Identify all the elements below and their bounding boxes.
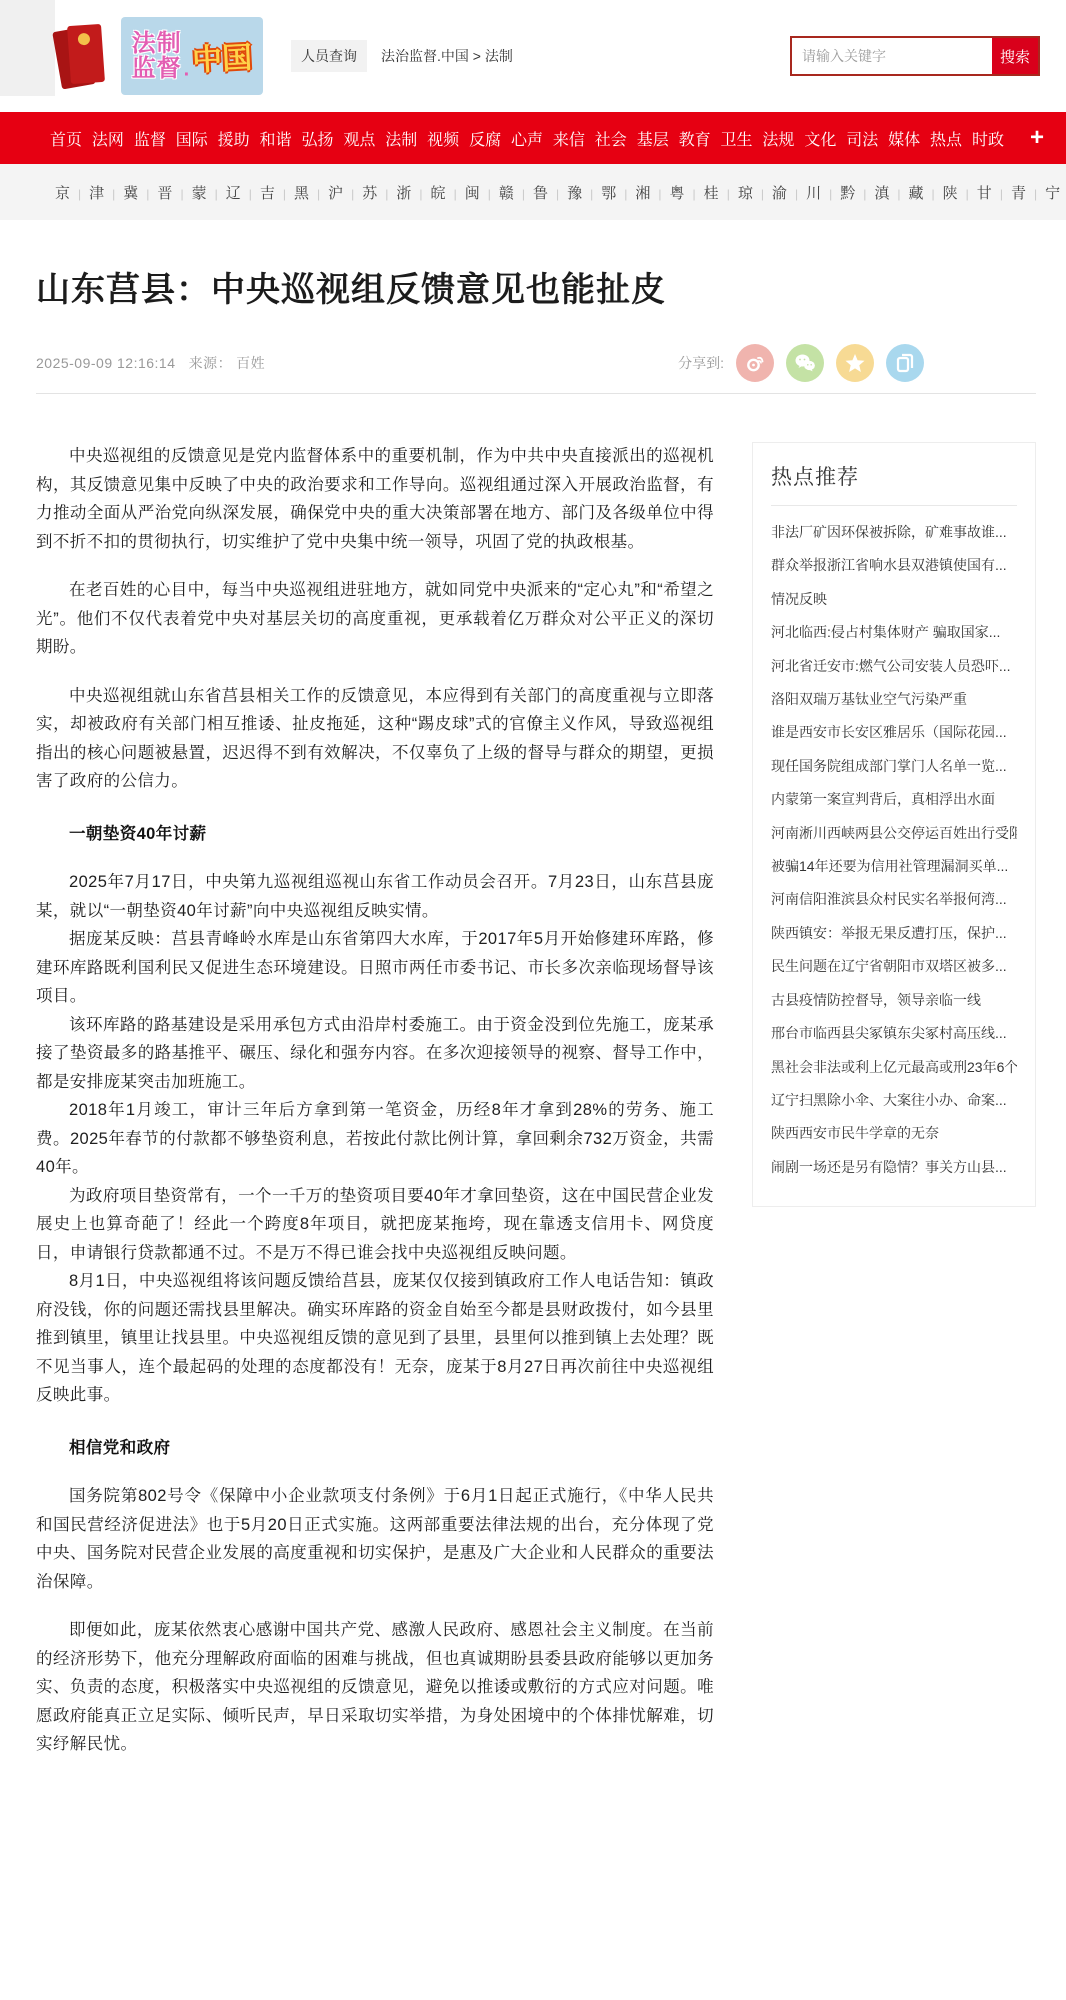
sidebar-link[interactable]: 现任国务院组成部门掌门人名单一览... <box>771 750 1017 783</box>
region-link[interactable]: 黔 <box>840 182 874 203</box>
breadcrumb[interactable]: 法治监督.中国 > 法制 <box>381 46 513 66</box>
region-link[interactable]: 蒙 <box>192 182 226 203</box>
nav-item[interactable]: 媒体 <box>888 127 920 150</box>
region-link[interactable]: 辽 <box>226 182 260 203</box>
qzone-icon[interactable] <box>836 344 874 382</box>
search-bar: 搜索 <box>790 36 1040 76</box>
region-link[interactable]: 晋 <box>157 182 191 203</box>
region-link[interactable]: 皖 <box>431 182 465 203</box>
region-link[interactable]: 渝 <box>772 182 806 203</box>
region-link[interactable]: 湘 <box>635 182 669 203</box>
share-row: 分享到: <box>678 344 924 382</box>
hot-recommend-panel: 热点推荐 非法厂矿因环保被拆除，矿难事故谁...群众举报浙江省响水县双港镇使国有… <box>752 442 1036 1207</box>
sidebar-link[interactable]: 陕西西安市民牛学章的无奈 <box>771 1117 1017 1150</box>
site-logo[interactable]: 法制 监督 · 中国 <box>55 17 263 95</box>
nav-item[interactable]: 教育 <box>679 127 711 150</box>
region-link[interactable]: 鄂 <box>601 182 635 203</box>
logo-dot: · <box>184 64 191 87</box>
region-link[interactable]: 川 <box>806 182 840 203</box>
article-paragraph: 2018年1月竣工，审计三年后方拿到第一笔资金，历经8年才拿到28%的劳务、施工… <box>36 1096 714 1182</box>
region-link[interactable]: 冀 <box>123 182 157 203</box>
weibo-icon[interactable] <box>736 344 774 382</box>
article-paragraph: 8月1日，中央巡视组将该问题反馈给莒县，庞某仅仅接到镇政府工作人电话告知：镇政府… <box>36 1267 714 1410</box>
divider <box>36 393 1036 394</box>
region-link[interactable]: 琼 <box>738 182 772 203</box>
logo-text-line2: 监督 <box>132 56 182 81</box>
sidebar-link[interactable]: 陕西镇安：举报无果反遭打压，保护... <box>771 917 1017 950</box>
nav-item[interactable]: 社会 <box>595 127 627 150</box>
region-link[interactable]: 津 <box>89 182 123 203</box>
region-bar: 京津冀晋蒙辽吉黑沪苏浙皖闽赣鲁豫鄂湘粤桂琼渝川黔滇藏陕甘青宁新鹏雄安 <box>0 164 1066 220</box>
logo-books-image <box>55 19 117 93</box>
source-value: 百姓 <box>236 355 265 371</box>
region-link[interactable]: 甘 <box>977 182 1011 203</box>
sidebar-title: 热点推荐 <box>771 461 1017 506</box>
region-link[interactable]: 吉 <box>260 182 294 203</box>
logo-panel: 法制 监督 · 中国 <box>121 17 263 95</box>
article-paragraph: 为政府项目垫资常有，一个一千万的垫资项目要40年才拿回垫资，这在中国民营企业发展… <box>36 1182 714 1268</box>
sidebar-link[interactable]: 辽宁扫黑除小伞、大案往小办、命案... <box>771 1084 1017 1117</box>
wechat-icon[interactable] <box>786 344 824 382</box>
sidebar-link[interactable]: 古县疫情防控督导，领导亲临一线 <box>771 984 1017 1017</box>
region-link[interactable]: 沪 <box>328 182 362 203</box>
sidebar-link[interactable]: 河北临西:侵占村集体财产 骗取国家... <box>771 616 1017 649</box>
nav-item[interactable]: 来信 <box>553 127 585 150</box>
region-link[interactable]: 滇 <box>874 182 908 203</box>
sidebar-link[interactable]: 河北省迁安市:燃气公司安装人员恐吓... <box>771 650 1017 683</box>
logo-country-text: 中国 <box>191 32 253 79</box>
nav-item[interactable]: 和谐 <box>260 127 292 150</box>
article-body: 中央巡视组的反馈意见是党内监督体系中的重要机制，作为中共中央直接派出的巡视机构，… <box>36 442 714 1779</box>
sidebar-link[interactable]: 非法厂矿因环保被拆除，矿难事故谁... <box>771 516 1017 549</box>
people-search-link[interactable]: 人员查询 <box>291 40 367 72</box>
nav-item[interactable]: 基层 <box>637 127 669 150</box>
article-paragraph: 该环库路的路基建设是采用承包方式由沿岸村委施工。由于资金没到位先施工，庞某承接了… <box>36 1011 714 1097</box>
page-title: 山东莒县：中央巡视组反馈意见也能扯皮 <box>36 262 1036 311</box>
nav-item[interactable]: 监督 <box>134 127 166 150</box>
nav-item[interactable]: 法规 <box>762 127 794 150</box>
region-link[interactable]: 宁 <box>1045 182 1066 203</box>
share-label: 分享到: <box>678 353 724 373</box>
sidebar-link[interactable]: 洛阳双瑞万基钛业空气污染严重 <box>771 683 1017 716</box>
article-paragraph: 即便如此，庞某依然衷心感谢中国共产党、感激人民政府、感恩社会主义制度。在当前的经… <box>36 1616 714 1759</box>
nav-item[interactable]: 文化 <box>804 127 836 150</box>
nav-item[interactable]: 法制 <box>385 127 417 150</box>
article-paragraph: 中央巡视组就山东省莒县相关工作的反馈意见，本应得到有关部门的高度重视与立即落实，… <box>36 682 714 796</box>
nav-item[interactable]: 国际 <box>176 127 208 150</box>
nav-item[interactable]: 心声 <box>511 127 543 150</box>
region-link[interactable]: 藏 <box>909 182 943 203</box>
sidebar-link[interactable]: 邢台市临西县尖冢镇东尖冢村高压线... <box>771 1017 1017 1050</box>
region-link[interactable]: 青 <box>1011 182 1045 203</box>
region-link[interactable]: 鲁 <box>533 182 567 203</box>
article-paragraph: 中央巡视组的反馈意见是党内监督体系中的重要机制，作为中共中央直接派出的巡视机构，… <box>36 442 714 556</box>
region-link[interactable]: 粤 <box>670 182 704 203</box>
region-link[interactable]: 黑 <box>294 182 328 203</box>
region-link[interactable]: 闽 <box>465 182 499 203</box>
copy-icon[interactable] <box>886 344 924 382</box>
sidebar-link[interactable]: 黑社会非法或利上亿元最高或刑23年6个月 <box>771 1051 1017 1084</box>
article-meta: 2025-09-09 12:16:14 来源：百姓 <box>36 353 265 373</box>
nav-item[interactable]: 援助 <box>218 127 250 150</box>
article-paragraph: 国务院第802号令《保障中小企业款项支付条例》于6月1日起正式施行，《中华人民共… <box>36 1482 714 1596</box>
region-link[interactable]: 陕 <box>943 182 977 203</box>
sidebar-link[interactable]: 河南淅川西峡两县公交停运百姓出行受阻 <box>771 817 1017 850</box>
region-link[interactable]: 苏 <box>362 182 396 203</box>
region-link[interactable]: 京 <box>55 182 89 203</box>
article-paragraph: 2025年7月17日，中央第九巡视组巡视山东省工作动员会召开。7月23日，山东莒… <box>36 868 714 925</box>
sidebar-link[interactable]: 谁是西安市长安区雅居乐（国际花园... <box>771 716 1017 749</box>
nav-item[interactable]: 视频 <box>427 127 459 150</box>
nav-item[interactable]: 反腐 <box>469 127 501 150</box>
nav-item[interactable]: 首页 <box>50 127 82 150</box>
site-header: 法制 监督 · 中国 人员查询 法治监督.中国 > 法制 搜索 <box>0 0 1066 112</box>
region-link[interactable]: 豫 <box>567 182 601 203</box>
sidebar-link[interactable]: 内蒙第一案宣判背后，真相浮出水面 <box>771 783 1017 816</box>
search-input[interactable] <box>792 38 992 74</box>
nav-more-button[interactable]: + <box>1030 126 1044 150</box>
region-link[interactable]: 浙 <box>396 182 430 203</box>
main-nav: 首页法网监督国际援助和谐弘扬观点法制视频反腐心声来信社会基层教育卫生法规文化司法… <box>0 112 1066 164</box>
sidebar-link[interactable]: 被骗14年还要为信用社管理漏洞买单... <box>771 850 1017 883</box>
nav-item[interactable]: 时政 <box>972 127 1004 150</box>
nav-item[interactable]: 观点 <box>343 127 375 150</box>
sidebar-link[interactable]: 河南信阳淮滨县众村民实名举报何湾... <box>771 883 1017 916</box>
region-link[interactable]: 桂 <box>704 182 738 203</box>
sidebar-link[interactable]: 情况反映 <box>771 583 1017 616</box>
search-button[interactable]: 搜索 <box>992 38 1038 74</box>
nav-item[interactable]: 司法 <box>846 127 878 150</box>
logo-text-line1: 法制 <box>132 31 182 56</box>
article-paragraph: 一朝垫资40年讨薪 <box>36 820 714 849</box>
nav-item[interactable]: 热点 <box>930 127 962 150</box>
nav-item[interactable]: 卫生 <box>721 127 753 150</box>
region-link[interactable]: 赣 <box>499 182 533 203</box>
source-label: 来源： <box>189 355 233 371</box>
sidebar-link[interactable]: 闹剧一场还是另有隐情？事关方山县... <box>771 1151 1017 1184</box>
nav-item[interactable]: 法网 <box>92 127 124 150</box>
sidebar-link[interactable]: 民生问题在辽宁省朝阳市双塔区被多... <box>771 950 1017 983</box>
article-paragraph: 相信党和政府 <box>36 1434 714 1463</box>
article-paragraph: 在老百姓的心目中，每当中央巡视组进驻地方，就如同党中央派来的“定心丸”和“希望之… <box>36 576 714 662</box>
nav-item[interactable]: 弘扬 <box>301 127 333 150</box>
article-date: 2025-09-09 12:16:14 <box>36 355 176 371</box>
sidebar-link[interactable]: 群众举报浙江省响水县双港镇使国有... <box>771 549 1017 582</box>
article-paragraph: 据庞某反映：莒县青峰岭水库是山东省第四大水库，于2017年5月开始修建环库路，修… <box>36 925 714 1011</box>
